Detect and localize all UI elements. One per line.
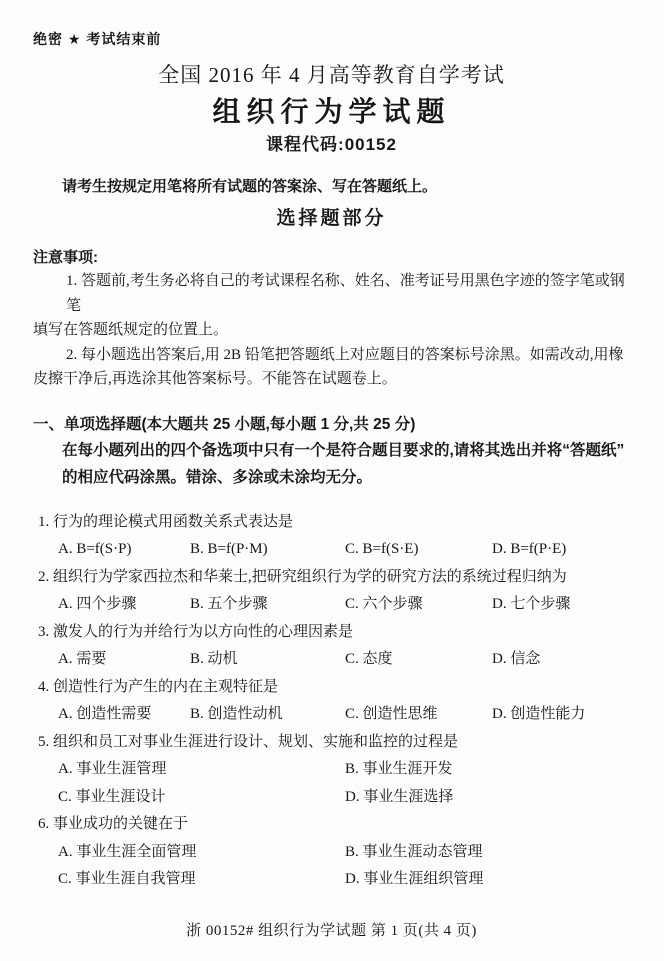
part-one-instruction-line-2: 的相应代码涂黑。错涂、多涂或未涂均无分。 (33, 464, 630, 492)
notice-line-2: 填写在答题纸规定的位置上。 (33, 318, 630, 343)
option-a: A. 事业生涯全面管理 (58, 839, 345, 867)
option-b: B. 五个步骤 (190, 591, 345, 619)
question-options: A. B=f(S·P) B. B=f(P·M) C. B=f(S·E) D. B… (33, 536, 630, 564)
option-b: B. 事业生涯开发 (345, 756, 630, 784)
paper-title: 组织行为学试题 (33, 93, 630, 131)
option-c: C. 态度 (345, 646, 492, 674)
option-a: A. B=f(S·P) (58, 536, 190, 564)
question-options: A. 创造性需要 B. 创造性动机 C. 创造性思维 D. 创造性能力 (33, 701, 630, 729)
option-d: D. 事业生涯选择 (345, 784, 630, 812)
question-options: A. 需要 B. 动机 C. 态度 D. 信念 (33, 646, 630, 674)
option-c: C. 六个步骤 (345, 591, 492, 619)
course-code: 课程代码:00152 (33, 133, 630, 157)
option-a: A. 需要 (58, 646, 190, 674)
question-stem: 2. 组织行为学家西拉杰和华莱士,把研究组织行为学的研究方法的系统过程归纳为 (33, 564, 630, 592)
question-options: A. 四个步骤 B. 五个步骤 C. 六个步骤 D. 七个步骤 (33, 591, 630, 619)
option-c: C. 创造性思维 (345, 701, 492, 729)
option-d: D. 七个步骤 (492, 591, 630, 619)
pen-instruction: 请考生按规定用笔将所有试题的答案涂、写在答题纸上。 (33, 176, 630, 198)
part-one-heading: 一、单项选择题(本大题共 25 小题,每小题 1 分,共 25 分) (33, 413, 630, 437)
option-c: C. 事业生涯设计 (58, 784, 345, 812)
option-c: C. B=f(S·E) (345, 536, 492, 564)
question-options: A. 事业生涯管理 B. 事业生涯开发 C. 事业生涯设计 D. 事业生涯选择 (33, 756, 630, 811)
question-stem: 5. 组织和员工对事业生涯进行设计、规划、实施和监控的过程是 (33, 729, 630, 757)
question-1: 1. 行为的理论模式用函数关系式表达是 A. B=f(S·P) B. B=f(P… (33, 509, 630, 564)
option-a: A. 四个步骤 (58, 591, 190, 619)
notice-line-4: 皮擦干净后,再选涂其他答案标号。不能答在试题卷上。 (33, 367, 630, 392)
page-footer: 浙 00152# 组织行为学试题 第 1 页(共 4 页) (33, 920, 630, 942)
exam-paper-page: 绝密 ★ 考试结束前 全国 2016 年 4 月高等教育自学考试 组织行为学试题… (0, 0, 664, 961)
question-stem: 3. 激发人的行为并给行为以方向性的心理因素是 (33, 619, 630, 647)
question-6: 6. 事业成功的关键在于 A. 事业生涯全面管理 B. 事业生涯动态管理 C. … (33, 811, 630, 894)
option-d: D. B=f(P·E) (492, 536, 630, 564)
exam-session-title: 全国 2016 年 4 月高等教育自学考试 (33, 60, 630, 90)
option-b: B. B=f(P·M) (190, 536, 345, 564)
option-b: B. 动机 (190, 646, 345, 674)
part-one-instruction-line-1: 在每小题列出的四个备选项中只有一个是符合题目要求的,请将其选出并将“答题纸” (33, 437, 630, 465)
notice-heading: 注意事项: (33, 247, 630, 269)
question-stem: 6. 事业成功的关键在于 (33, 811, 630, 839)
option-d: D. 信念 (492, 646, 630, 674)
option-b: B. 创造性动机 (190, 701, 345, 729)
option-a: A. 事业生涯管理 (58, 756, 345, 784)
section-title: 选择题部分 (33, 205, 630, 233)
option-c: C. 事业生涯自我管理 (58, 866, 345, 894)
option-d: D. 事业生涯组织管理 (345, 866, 630, 894)
question-stem: 1. 行为的理论模式用函数关系式表达是 (33, 509, 630, 537)
question-3: 3. 激发人的行为并给行为以方向性的心理因素是 A. 需要 B. 动机 C. 态… (33, 619, 630, 674)
option-d: D. 创造性能力 (492, 701, 630, 729)
question-list: 1. 行为的理论模式用函数关系式表达是 A. B=f(S·P) B. B=f(P… (33, 509, 630, 894)
question-stem: 4. 创造性行为产生的内在主观特征是 (33, 674, 630, 702)
notice-line-3: 2. 每小题选出答案后,用 2B 铅笔把答题纸上对应题目的答案标号涂黑。如需改动… (33, 343, 630, 368)
question-options: A. 事业生涯全面管理 B. 事业生涯动态管理 C. 事业生涯自我管理 D. 事… (33, 839, 630, 894)
option-a: A. 创造性需要 (58, 701, 190, 729)
question-2: 2. 组织行为学家西拉杰和华莱士,把研究组织行为学的研究方法的系统过程归纳为 A… (33, 564, 630, 619)
notice-line-1: 1. 答题前,考生务必将自己的考试课程名称、姓名、准考证号用黑色字迹的签字笔或钢… (33, 269, 630, 318)
question-5: 5. 组织和员工对事业生涯进行设计、规划、实施和监控的过程是 A. 事业生涯管理… (33, 729, 630, 812)
option-b: B. 事业生涯动态管理 (345, 839, 630, 867)
classification-banner: 绝密 ★ 考试结束前 (33, 30, 630, 48)
question-4: 4. 创造性行为产生的内在主观特征是 A. 创造性需要 B. 创造性动机 C. … (33, 674, 630, 729)
